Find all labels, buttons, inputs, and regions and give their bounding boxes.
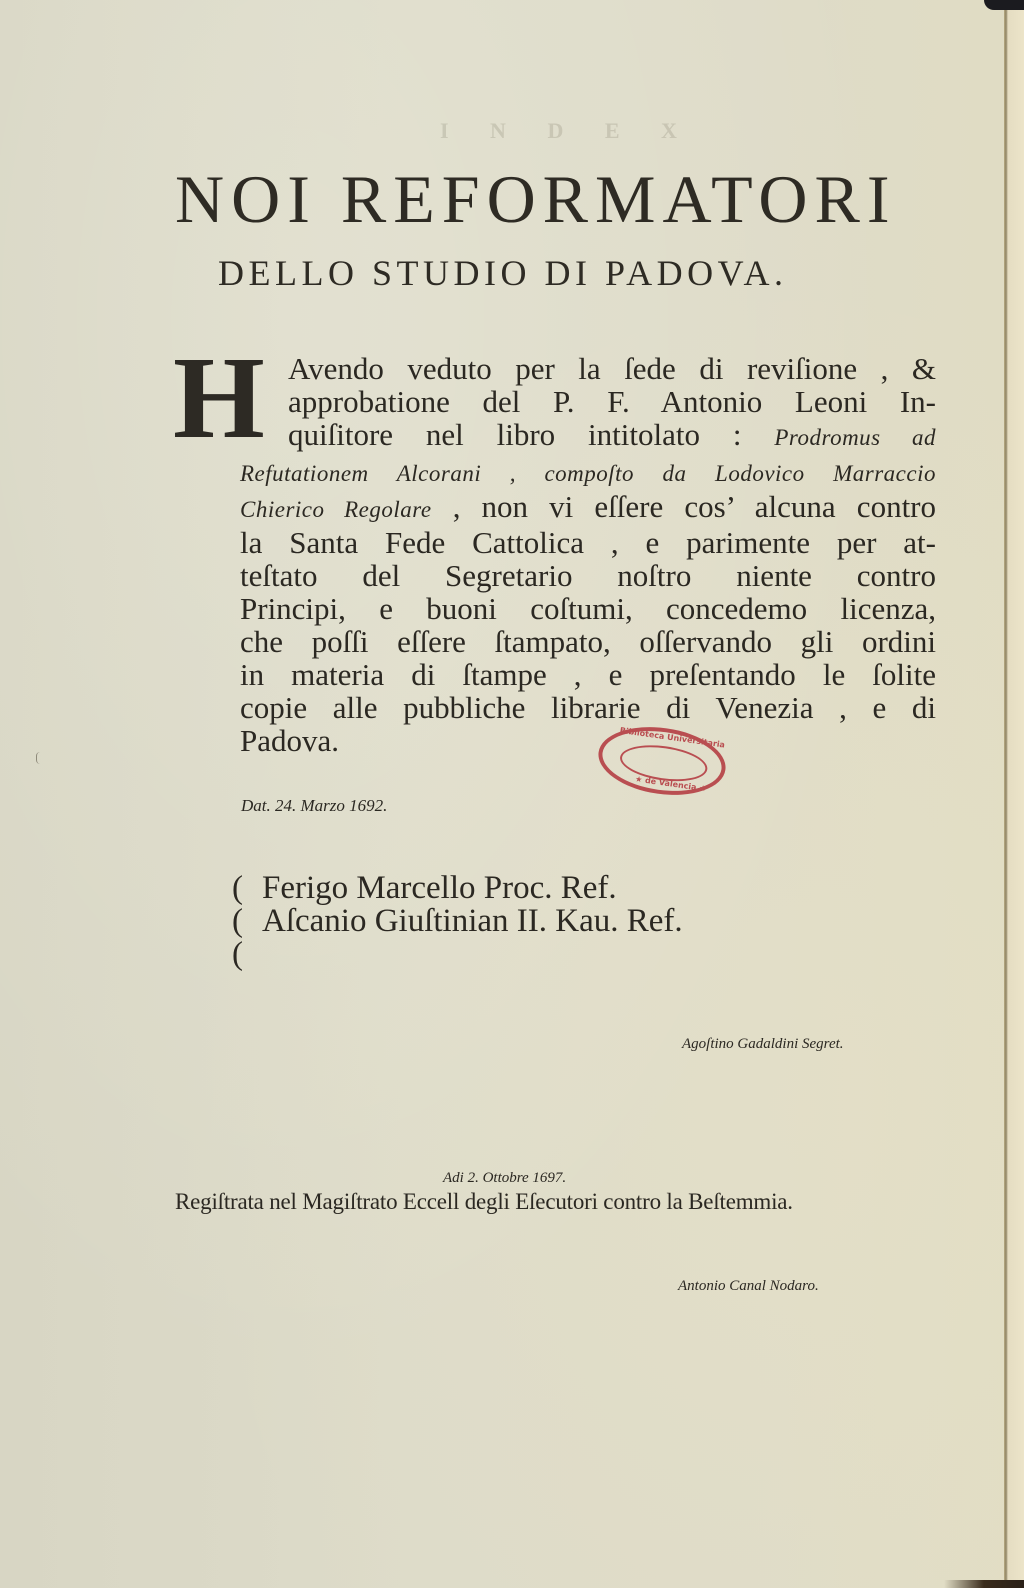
signatory-row: (Ferigo Marcello Proc. Ref. — [232, 872, 683, 905]
signatory-row: (Aſcanio Giuſtinian II. Kau. Ref. — [232, 905, 683, 938]
signatory-row: ( — [232, 938, 683, 971]
body-line-text: copie alle pubbliche librarie di Venezia… — [240, 690, 936, 725]
book-gutter-edge — [1004, 0, 1024, 1588]
body-line-text: Principi, e buoni coſtumi, concedemo lic… — [240, 591, 936, 626]
book-title-italic: Prodromus ad — [774, 425, 936, 450]
body-line: Principi, e buoni coſtumi, concedemo lic… — [240, 592, 936, 625]
page-title: NOI REFORMATORI — [175, 163, 940, 235]
body-line: che poſſi eſſere ſtampato, oſſervando gl… — [240, 625, 936, 658]
body-line: Refutationem Alcorani , compoſto da Lodo… — [240, 454, 936, 490]
body-line-text: che poſſi eſſere ſtampato, oſſervando gl… — [240, 624, 936, 659]
body-line: approbatione del P. F. Antonio Leoni In- — [288, 385, 936, 418]
body-line-text: teſtato del Segretario noſtro niente con… — [240, 558, 936, 593]
body-line-text: quiſitore nel libro intitolato : — [288, 417, 741, 452]
body-line-text: Padova. — [240, 723, 339, 758]
body-line: in materia di ſtampe , e preſentando le … — [240, 658, 936, 691]
body-line-text: approbatione del P. F. Antonio Leoni In- — [288, 384, 936, 419]
bracket-glyph: ( — [232, 938, 262, 971]
body-line-text: Avendo veduto per la ſede di reviſione ,… — [288, 351, 936, 386]
book-corner-shadow-bottom — [944, 1580, 1024, 1588]
page-sheet — [0, 0, 1004, 1588]
body-line: teſtato del Segretario noſtro niente con… — [240, 559, 936, 592]
registration-text: Regiſtrata nel Magiſtrato Eccell degli E… — [175, 1189, 793, 1215]
license-date: Dat. 24. Marzo 1692. — [241, 796, 387, 816]
book-title-italic: Refutationem Alcorani , compoſto da Lodo… — [240, 461, 936, 486]
body-line-text: , non vi eſſere cos’ alcuna contro — [453, 489, 936, 524]
body-line: copie alle pubbliche librarie di Venezia… — [240, 691, 936, 724]
secretary-signature: Agoſtino Gadaldini Segret. — [682, 1036, 844, 1053]
book-corner-shadow — [984, 0, 1024, 10]
body-line: Chierico Regolare , non vi eſſere cos’ a… — [240, 490, 936, 526]
signatories: (Ferigo Marcello Proc. Ref. (Aſcanio Giu… — [232, 872, 683, 971]
body-line-text: la Santa Fede Cattolica , e parimente pe… — [240, 525, 936, 560]
author-italic: Chierico Regolare — [240, 497, 432, 522]
signatory-name: Aſcanio Giuſtinian II. Kau. Ref. — [262, 903, 683, 939]
registration-date: Adi 2. Ottobre 1697. — [443, 1170, 566, 1187]
show-through-text: I N D E X — [440, 118, 695, 144]
body-line-text: in materia di ſtampe , e preſentando le … — [240, 657, 936, 692]
notary-signature: Antonio Canal Nodaro. — [678, 1278, 819, 1295]
margin-mark — [36, 752, 41, 764]
body-line: la Santa Fede Cattolica , e parimente pe… — [240, 526, 936, 559]
signatory-name: Ferigo Marcello Proc. Ref. — [262, 870, 617, 906]
bracket-glyph: ( — [232, 905, 262, 938]
body-line: Padova. — [240, 724, 936, 757]
bracket-glyph: ( — [232, 872, 262, 905]
body-line: Avendo veduto per la ſede di reviſione ,… — [288, 352, 936, 385]
page-subtitle: DELLO STUDIO DI PADOVA. — [218, 252, 788, 294]
body-line: quiſitore nel libro intitolato : Prodrom… — [288, 418, 936, 454]
license-body: Avendo veduto per la ſede di reviſione ,… — [240, 352, 936, 757]
